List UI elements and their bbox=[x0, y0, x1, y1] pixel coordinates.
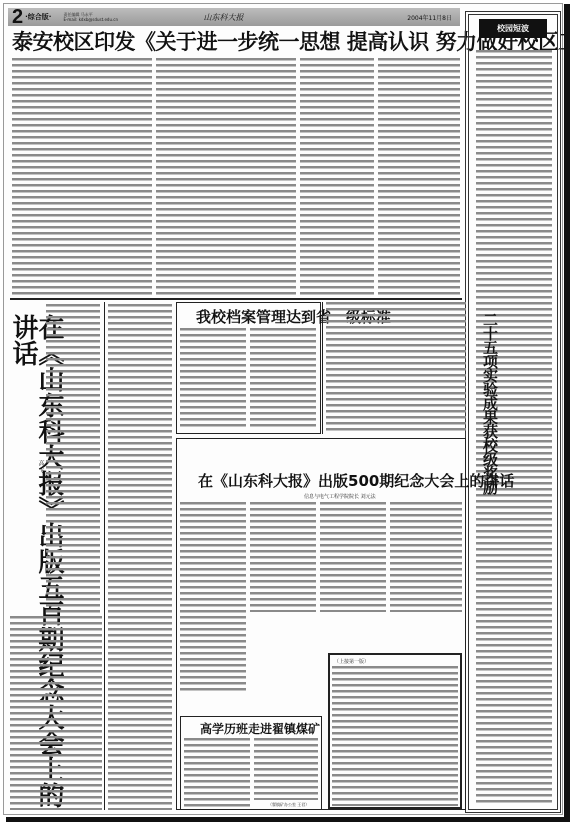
masthead-bar: 2 ·综合版· 责任编辑 马永平 E-mail: kdxb@sdust.edu.… bbox=[8, 8, 460, 26]
archive-body-2: 本报讯 10月20日，省档案局专家组对我校档案管理工作进行了综合评估…… bbox=[250, 328, 316, 428]
section-label: ·综合版· bbox=[25, 12, 51, 22]
page-number: 2 bbox=[8, 8, 25, 26]
speech-col-4: 《山东科大报》已经出版500期……祝愿大报越办越好！ bbox=[390, 502, 462, 612]
email-line: E-mail: kdxb@sdust.edu.cn bbox=[63, 17, 153, 22]
speech-col-3: 《山东科大报》已经出版500期……祝愿大报越办越好！ bbox=[320, 502, 386, 612]
mine-body-1: 本报讯 近日，我校在翟镇煤矿举办的高学历班正式开课…… bbox=[184, 738, 250, 808]
speech-col-2: 《山东科大报》已经出版500期……祝愿大报越办越好！ bbox=[250, 502, 316, 612]
left-article-continued: 讲话正文…… bbox=[10, 616, 102, 810]
divider-top bbox=[10, 298, 462, 300]
continuation-label: （上接第一版） bbox=[334, 658, 369, 665]
main-headline: 泰安校区印发《关于进一步统一思想 提高认识 努力做好校区工作的意见》 bbox=[12, 29, 460, 55]
main-article-col-2: 本报讯 为进一步统一思想，提高认识，凝聚力量，推进校区工作，泰安校区印发了《关于… bbox=[156, 58, 296, 296]
mine-body-2: 本报讯 近日，我校在翟镇煤矿举办的高学历班正式开课…… bbox=[254, 738, 318, 800]
page-shadow-right bbox=[564, 4, 570, 820]
mine-signature: （翟镇矿办公室 王君） bbox=[268, 802, 309, 808]
main-article-col-3: 本报讯 为进一步统一思想，提高认识，凝聚力量，推进校区工作，泰安校区印发了《关于… bbox=[300, 58, 374, 296]
paper-name-logo: 山东科大报 bbox=[203, 12, 243, 23]
speech-headline: 在《山东科大报》出版500期纪念大会上的讲话 bbox=[198, 470, 514, 491]
speech-byline: 信息与电气工程学院院长 刘元法 bbox=[304, 493, 376, 500]
award-vertical-headline: 二十五项实验成果获校级奖励 bbox=[480, 312, 501, 494]
editor-info: 责任编辑 马永平 E-mail: kdxb@sdust.edu.cn bbox=[63, 12, 153, 22]
main-article-col-4: 本报讯 为进一步统一思想，提高认识，凝聚力量，推进校区工作，泰安校区印发了《关于… bbox=[378, 58, 460, 296]
archive-body-1: 本报讯 10月20日，省档案局专家组对我校档案管理工作进行了综合评估…… bbox=[180, 328, 246, 428]
speech-col-1: 《山东科大报》已经出版500期……祝愿大报越办越好！ bbox=[180, 502, 246, 692]
award-body: 本报讯 10月25日，学校召开实验技术成果评审会…… bbox=[326, 302, 466, 434]
page-shadow-bottom bbox=[6, 817, 570, 822]
issue-date: 2004年11月8日 bbox=[407, 13, 460, 22]
divider-award bbox=[322, 302, 323, 434]
sidebar-title: 校园短波 bbox=[479, 19, 547, 38]
mine-headline: 高学历班走进翟镇煤矿 bbox=[200, 720, 320, 737]
divider-left-col bbox=[104, 302, 105, 810]
main-article-col-1: 本报讯 为进一步统一思想，提高认识，凝聚力量，推进校区工作，泰安校区印发了《关于… bbox=[12, 58, 152, 296]
left-article-col-2: 讲话正文…… bbox=[108, 304, 172, 810]
left-article-author: 高 飞 bbox=[36, 460, 45, 474]
continuation-body: 《山东科大报》已经出版500期……祝愿大报越办越好！ bbox=[332, 666, 458, 806]
left-article-body: 讲话正文…… bbox=[46, 304, 100, 614]
